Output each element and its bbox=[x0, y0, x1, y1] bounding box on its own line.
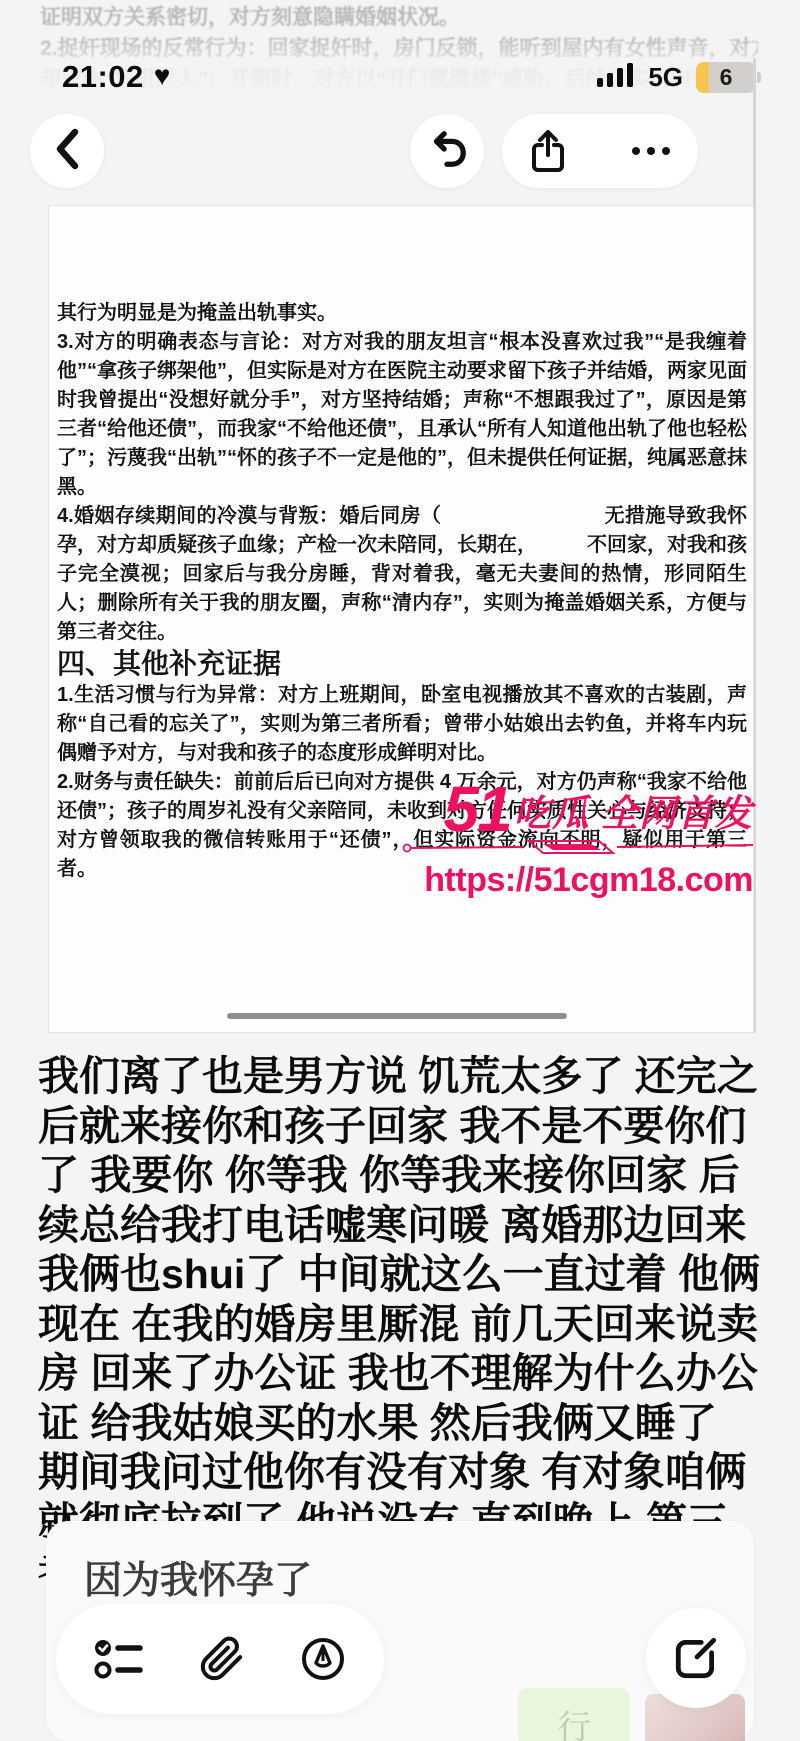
clock: 21:02 bbox=[62, 59, 144, 95]
watermark-brand-text: 吃瓜 全网首发 bbox=[514, 791, 753, 837]
battery-fill bbox=[696, 62, 709, 93]
bottom-toolbar bbox=[56, 1604, 384, 1714]
doc-section-heading: 四、其他补充证据 bbox=[57, 647, 747, 681]
attachment-button[interactable] bbox=[199, 1636, 245, 1682]
document-page: 其行为明显是为掩盖出轨事实。 3.对方的明确表态与言论：对方对我的朋友坦言“根本… bbox=[48, 205, 754, 1033]
chat-bubble-peek: 行 bbox=[518, 1688, 630, 1741]
horizontal-scrollbar[interactable] bbox=[227, 1013, 567, 1019]
next-message-text: 因为我怀孕了 bbox=[84, 1549, 754, 1604]
share-button[interactable] bbox=[530, 128, 566, 174]
checklist-button[interactable] bbox=[94, 1637, 144, 1681]
share-icon bbox=[530, 128, 566, 174]
cellular-signal-icon bbox=[597, 62, 635, 93]
heart-icon: ♥ bbox=[154, 62, 171, 90]
actions-pill bbox=[502, 114, 698, 188]
battery-percent: 6 bbox=[720, 64, 733, 91]
compose-button[interactable] bbox=[646, 1608, 746, 1708]
pen-circle-icon bbox=[300, 1636, 346, 1682]
doc-paragraph: 3.对方的明确表态与言论：对方对我的朋友坦言“根本没喜欢过我”“是我缠着他”“拿… bbox=[57, 328, 747, 502]
watermark-circuit-line bbox=[393, 839, 753, 860]
checklist-icon bbox=[94, 1637, 144, 1681]
watermark-brand-number: 51 bbox=[444, 781, 511, 837]
chevron-left-icon bbox=[53, 127, 81, 176]
undo-button[interactable] bbox=[410, 114, 484, 188]
undo-icon bbox=[426, 128, 468, 175]
ellipsis-icon bbox=[632, 147, 640, 155]
paperclip-icon bbox=[199, 1636, 245, 1682]
network-type: 5G bbox=[648, 62, 683, 93]
doc-paragraph: 1.生活习惯与行为异常：对方上班期间，卧室电视播放其不喜欢的古装剧，声称“自己看… bbox=[57, 681, 747, 768]
compose-icon bbox=[671, 1633, 721, 1683]
doc-paragraph: 其行为明显是为掩盖出轨事实。 bbox=[57, 299, 747, 328]
more-button[interactable] bbox=[632, 147, 670, 155]
watermark: 51 吃瓜 全网首发 https://51cgm18.com bbox=[393, 781, 753, 899]
battery-cap bbox=[757, 72, 761, 83]
status-bar: 21:02 ♥ 5G 6 bbox=[0, 50, 800, 104]
chat-bubble-text: 行 bbox=[557, 1700, 591, 1741]
back-button[interactable] bbox=[30, 114, 104, 188]
battery-icon: 6 bbox=[696, 62, 756, 93]
screen: 证明双方关系密切，对方刻意隐瞒婚姻状况。 2.捉奸现场的反常行为：回家捉奸时，房… bbox=[0, 0, 800, 1741]
watermark-url: https://51cgm18.com bbox=[393, 861, 753, 899]
markup-button[interactable] bbox=[300, 1636, 346, 1682]
doc-paragraph: 4.婚姻存续期间的冷漠与背叛：婚后同房（ 无措施导致我怀孕，对方却质疑孩子血缘；… bbox=[57, 502, 747, 647]
comment-text: 我们离了也是男方说 饥荒太多了 还完之后就来接你和孩子回家 我不是不要你们了 我… bbox=[38, 1052, 765, 1597]
